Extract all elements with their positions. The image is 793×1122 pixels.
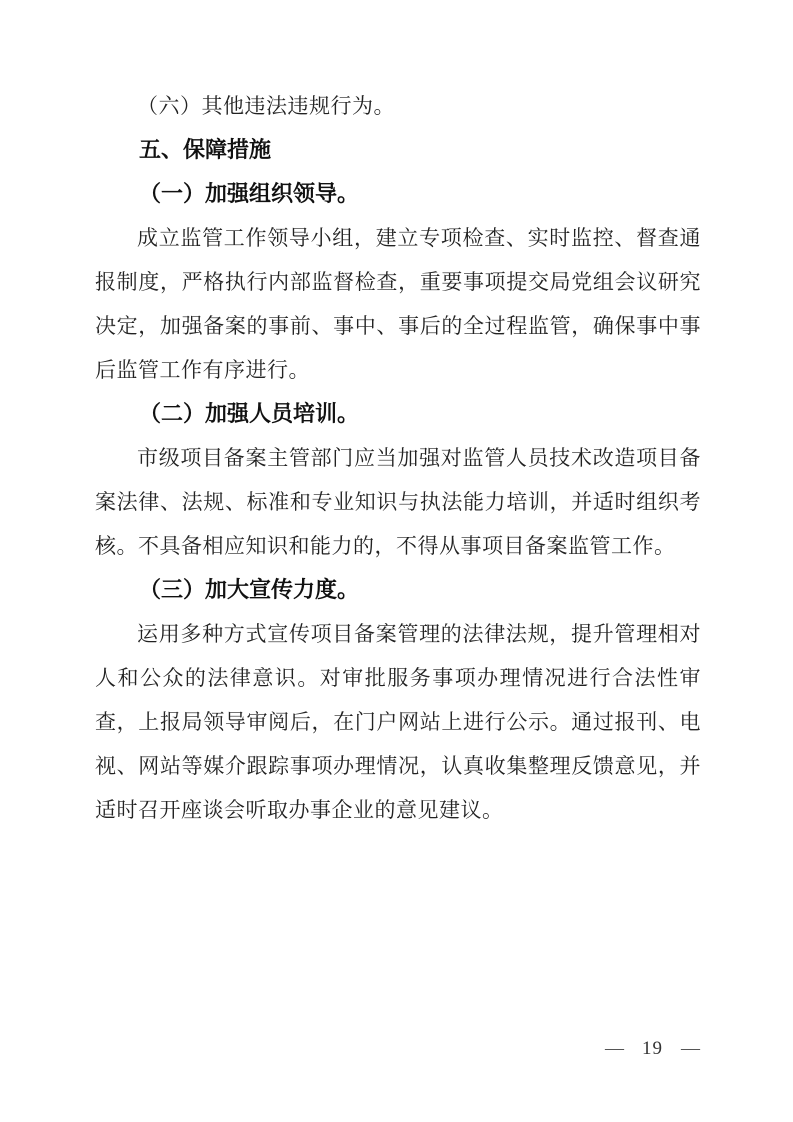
footer-dash-right: — [681, 1038, 700, 1060]
paragraph-training-requirements: 市级项目备案主管部门应当加强对监管人员技术改造项目备案法律、法规、标准和专业知识… [95, 436, 701, 568]
document-body: （六）其他违法违规行为。 五、保障措施 （一）加强组织领导。 成立监管工作领导小… [95, 84, 701, 832]
paragraph-publicity-methods: 运用多种方式宣传项目备案管理的法律法规，提升管理相对人和公众的法律意识。对审批服… [95, 612, 701, 832]
footer-dash-left: — [605, 1038, 624, 1060]
page-number: 19 [642, 1038, 663, 1060]
subsection-heading-publicity: （三）加大宣传力度。 [95, 568, 701, 612]
subsection-heading-strengthen-organization: （一）加强组织领导。 [95, 172, 701, 216]
paragraph-other-violations: （六）其他违法违规行为。 [95, 84, 701, 128]
section-heading-safeguard-measures: 五、保障措施 [95, 128, 701, 172]
paragraph-supervision-group: 成立监管工作领导小组，建立专项检查、实时监控、督查通报制度，严格执行内部监督检查… [95, 216, 701, 392]
subsection-heading-personnel-training: （二）加强人员培训。 [95, 392, 701, 436]
page-footer: — 19 — [605, 1038, 700, 1060]
document-page: （六）其他违法违规行为。 五、保障措施 （一）加强组织领导。 成立监管工作领导小… [0, 0, 793, 1122]
